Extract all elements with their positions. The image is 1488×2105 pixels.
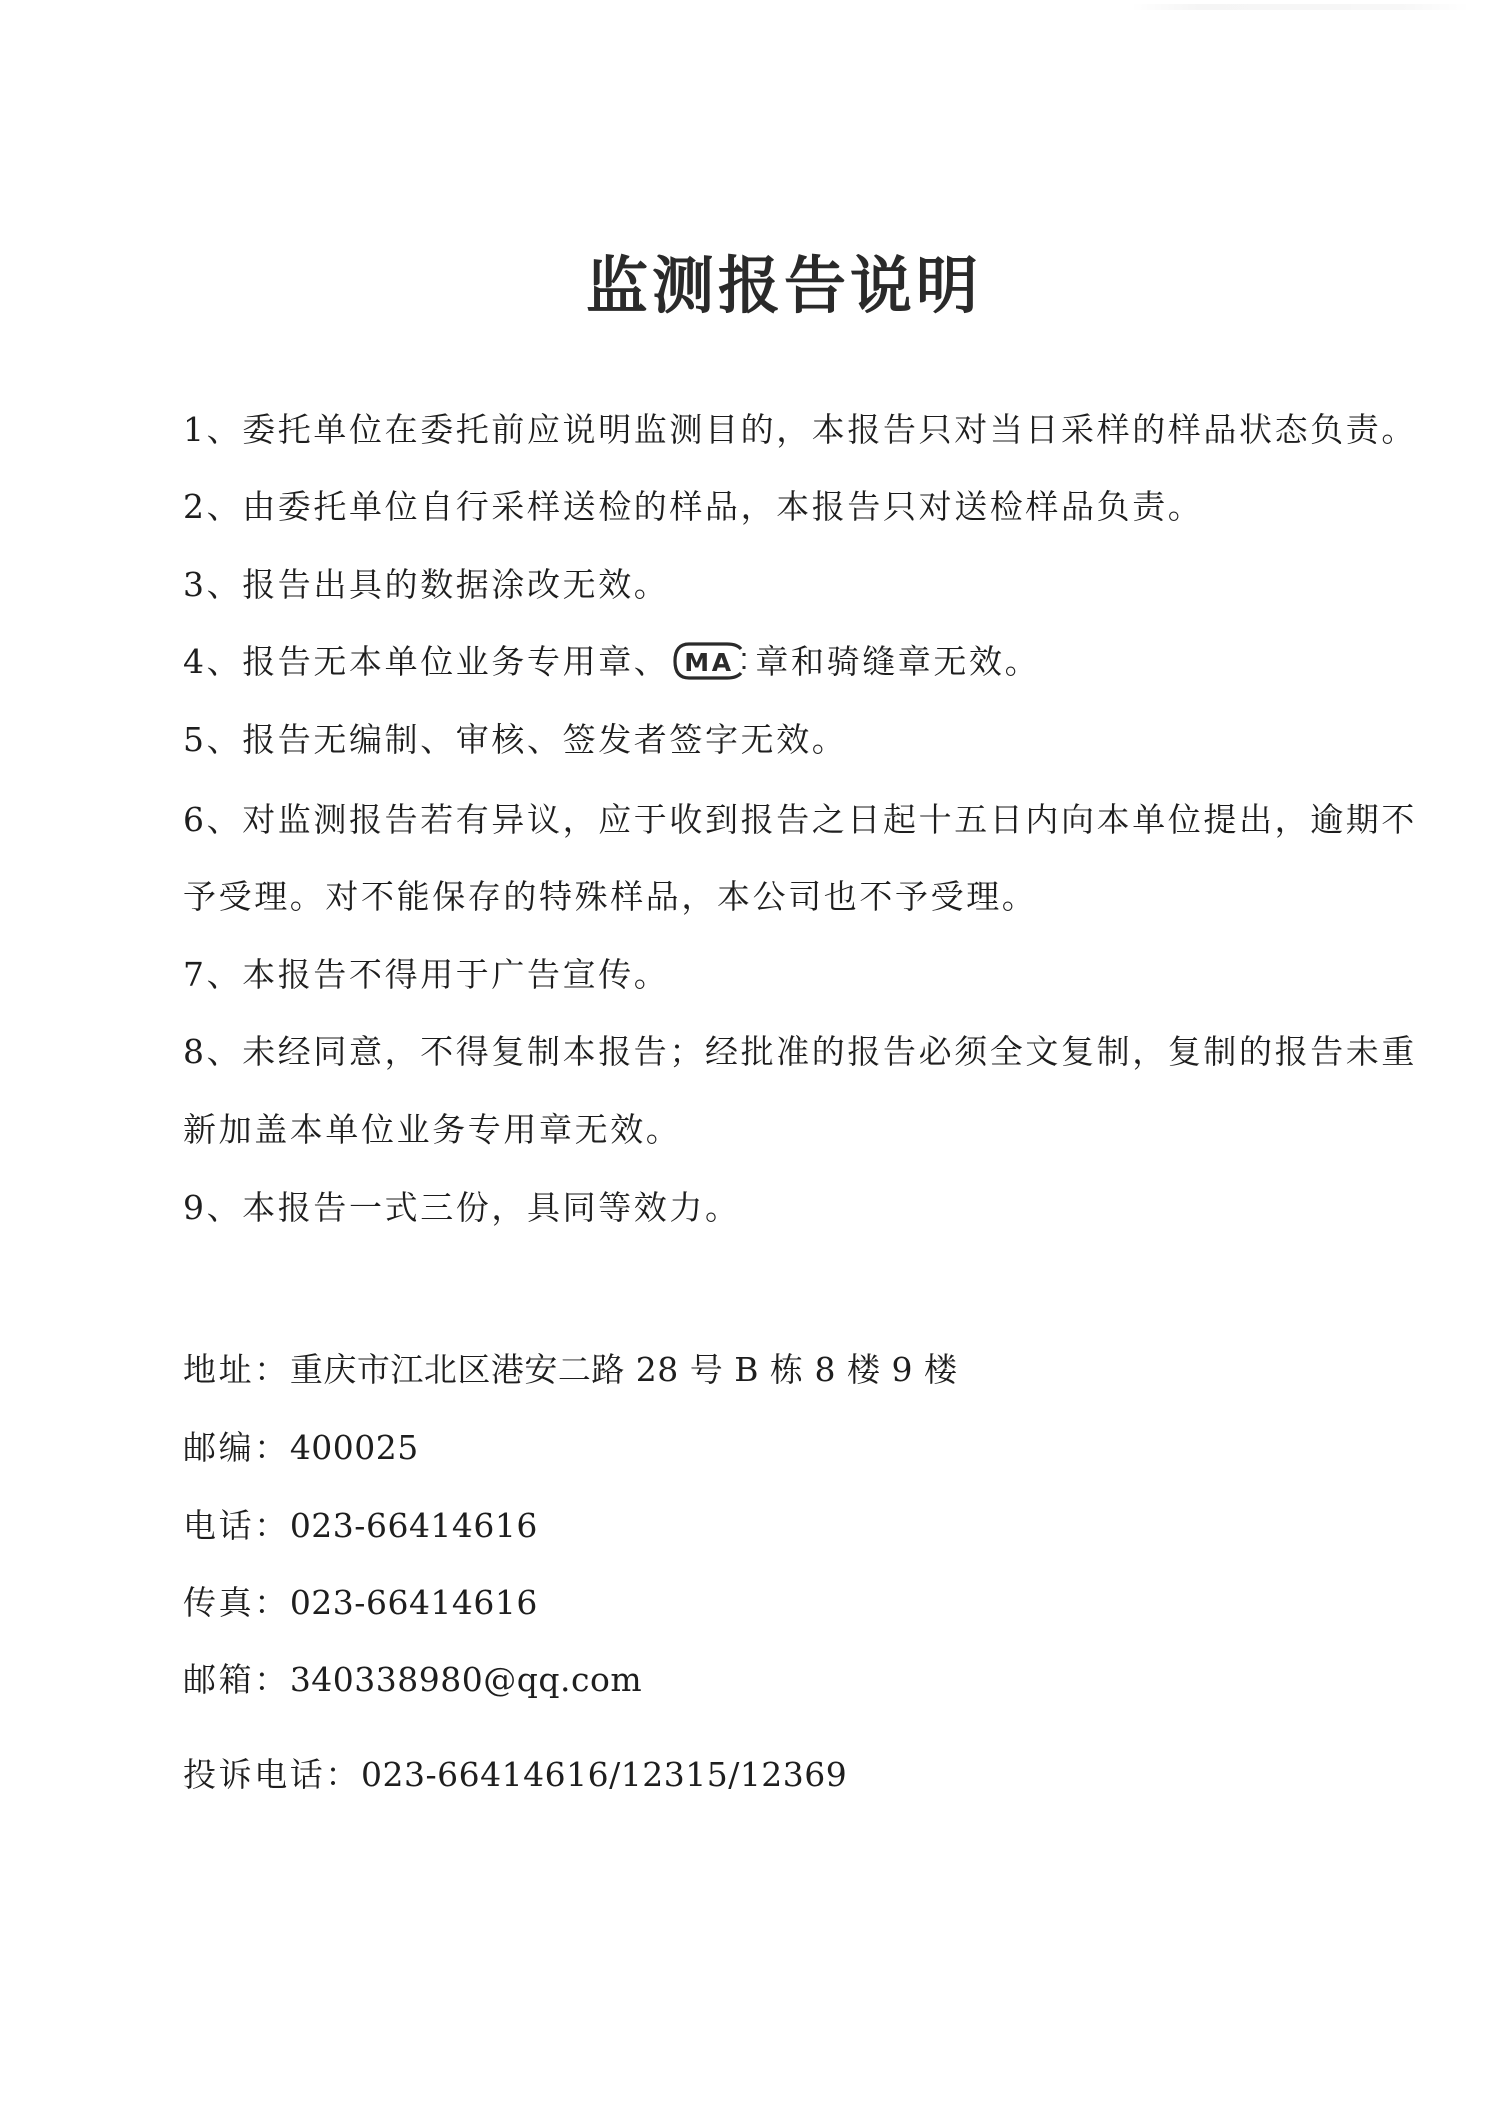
list-item-7: 7、本报告不得用于广告宣传。: [183, 955, 669, 995]
list-item-8-continuation: 新加盖本单位业务专用章无效。: [183, 1110, 681, 1150]
contact-complaint-phone: 投诉电话：023-66414616/12315/12369: [183, 1755, 847, 1795]
item-number: 4、: [183, 642, 242, 681]
contact-fax: 传真：023-66414616: [183, 1583, 538, 1623]
scan-artifact: [1130, 4, 1470, 10]
item-text-after-logo: 章和骑缝章无效。: [755, 642, 1040, 681]
contact-label: 电话：: [183, 1506, 290, 1545]
list-item-5: 5、报告无编制、审核、签发者签字无效。: [183, 720, 847, 760]
item-number: 2、: [183, 487, 242, 526]
contact-label: 地址：: [183, 1350, 290, 1389]
item-number: 5、: [183, 720, 242, 759]
item-text: 报告无编制、审核、签发者签字无效。: [242, 720, 847, 759]
list-item-1: 1、委托单位在委托前应说明监测目的，本报告只对当日采样的样品状态负责。: [183, 410, 1417, 450]
item-number: 1、: [183, 410, 242, 449]
item-number: 6、: [183, 800, 242, 839]
contact-label: 传真：: [183, 1583, 290, 1622]
list-item-6: 6、对监测报告若有异议，应于收到报告之日起十五日内向本单位提出，逾期不: [183, 800, 1417, 840]
contact-value: 023-66414616: [290, 1583, 538, 1622]
contact-label: 投诉电话：: [183, 1755, 361, 1794]
document-page: 监测报告说明 1、委托单位在委托前应说明监测目的，本报告只对当日采样的样品状态负…: [0, 0, 1488, 2105]
item-text: 对监测报告若有异议，应于收到报告之日起十五日内向本单位提出，逾期不: [242, 800, 1417, 839]
contact-value: 400025: [290, 1428, 419, 1467]
item-number: 9、: [183, 1188, 242, 1227]
cma-logo-icon: MA: [671, 642, 749, 680]
svg-text:MA: MA: [685, 648, 734, 677]
item-text-before-logo: 报告无本单位业务专用章、: [242, 642, 669, 681]
item-text: 由委托单位自行采样送检的样品，本报告只对送检样品负责。: [242, 487, 1203, 526]
list-item-4: 4、报告无本单位业务专用章、 MA 章和骑缝章无效。: [183, 642, 1040, 683]
item-text: 委托单位在委托前应说明监测目的，本报告只对当日采样的样品状态负责。: [242, 410, 1417, 449]
contact-value: 023-66414616/12315/12369: [361, 1755, 847, 1794]
item-number: 7、: [183, 955, 242, 994]
item-text: 本报告不得用于广告宣传。: [242, 955, 669, 994]
list-item-2: 2、由委托单位自行采样送检的样品，本报告只对送检样品负责。: [183, 487, 1203, 527]
item-text: 未经同意，不得复制本报告；经批准的报告必须全文复制，复制的报告未重: [242, 1032, 1417, 1071]
item-number: 3、: [183, 565, 242, 604]
contact-label: 邮编：: [183, 1428, 290, 1467]
list-item-3: 3、报告出具的数据涂改无效。: [183, 565, 669, 605]
contact-value: 340338980@qq.com: [290, 1660, 642, 1699]
item-text: 本报告一式三份，具同等效力。: [242, 1188, 740, 1227]
contact-postcode: 邮编：400025: [183, 1428, 419, 1468]
item-text: 报告出具的数据涂改无效。: [242, 565, 669, 604]
contact-email: 邮箱：340338980@qq.com: [183, 1660, 642, 1700]
contact-value: 023-66414616: [290, 1506, 538, 1545]
list-item-8: 8、未经同意，不得复制本报告；经批准的报告必须全文复制，复制的报告未重: [183, 1032, 1417, 1072]
list-item-6-continuation: 予受理。对不能保存的特殊样品，本公司也不予受理。: [183, 877, 1037, 917]
contact-label: 邮箱：: [183, 1660, 290, 1699]
list-item-9: 9、本报告一式三份，具同等效力。: [183, 1188, 741, 1228]
page-title: 监测报告说明: [0, 248, 1488, 324]
item-number: 8、: [183, 1032, 242, 1071]
contact-address: 地址：重庆市江北区港安二路 28 号 B 栋 8 楼 9 楼: [183, 1350, 957, 1390]
contact-value: 重庆市江北区港安二路 28 号 B 栋 8 楼 9 楼: [290, 1350, 958, 1389]
contact-phone: 电话：023-66414616: [183, 1506, 538, 1546]
